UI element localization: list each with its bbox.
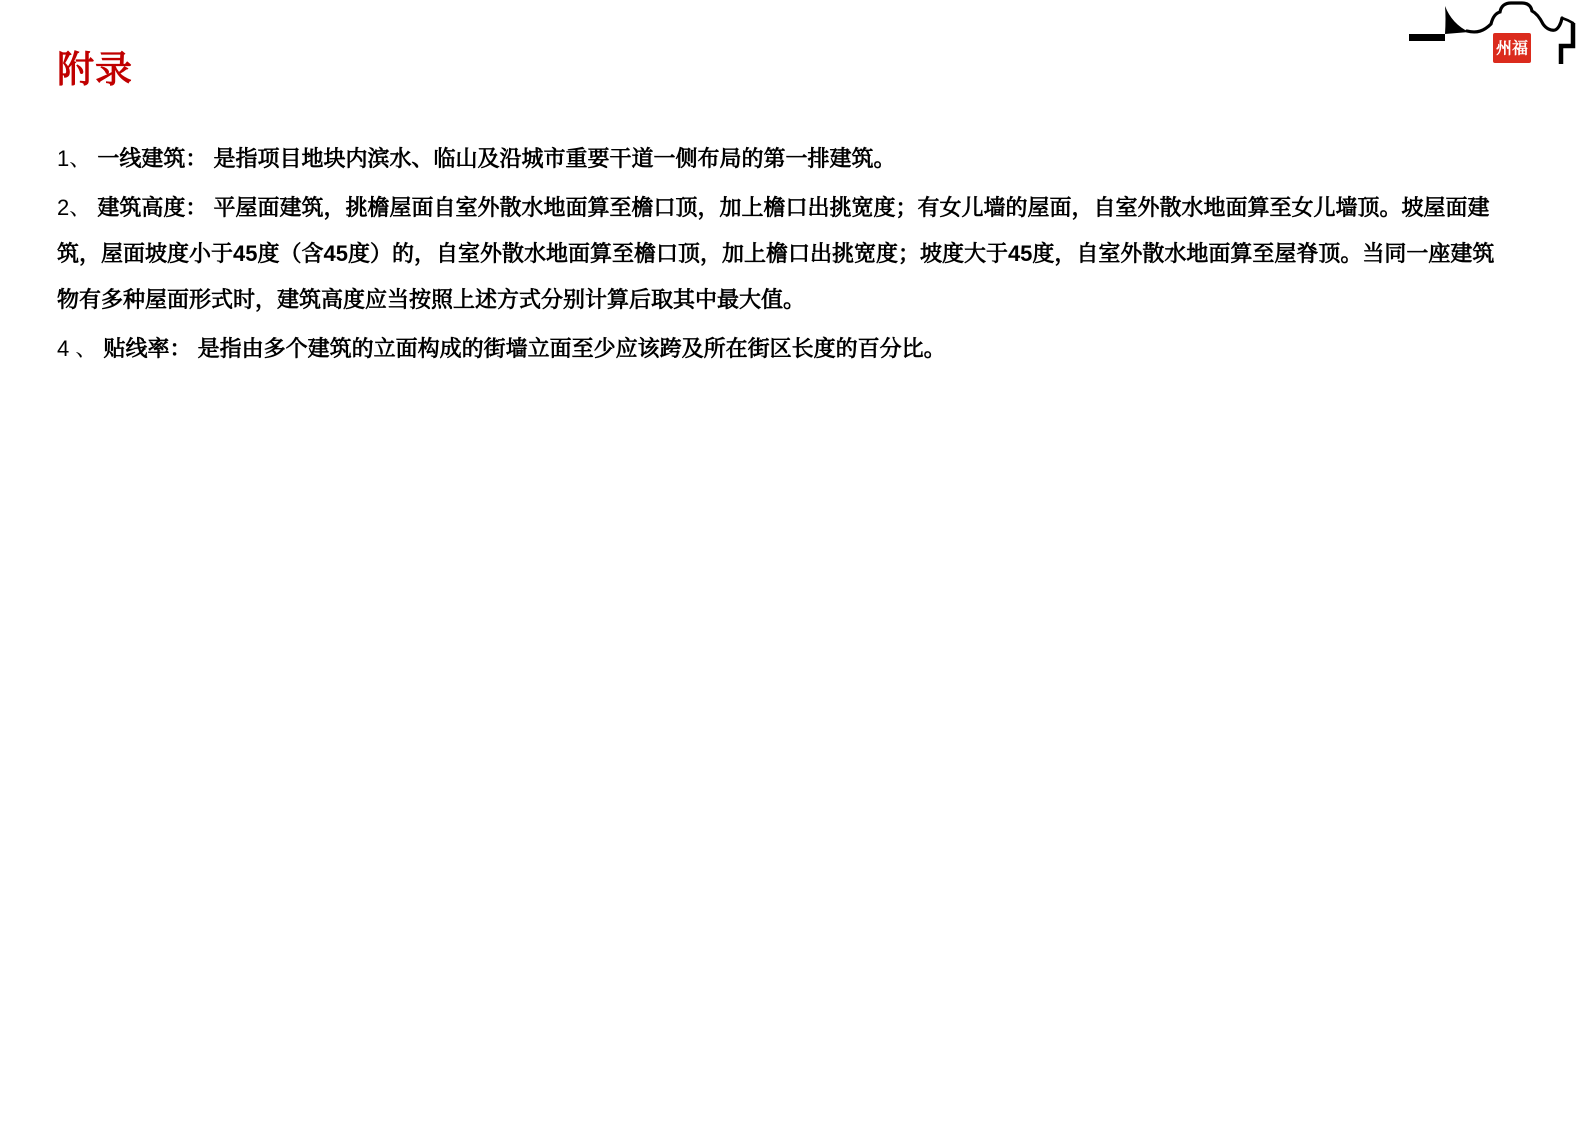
item-definition: 是指由多个建筑的立面构成的街墙立面至少应该跨及所在街区长度的百分比。 (198, 336, 946, 361)
logo-left-step (1409, 34, 1445, 41)
appendix-item-2: 2、 建筑高度： 平屋面建筑，挑檐屋面自室外散水地面算至檐口顶，加上檐口出挑宽度… (57, 185, 1505, 323)
appendix-item-1: 1、 一线建筑： 是指项目地块内滨水、临山及沿城市重要干道一侧布局的第一排建筑。 (57, 136, 1505, 182)
logo-right-step (1561, 23, 1573, 64)
item-number: 4 、 (57, 336, 97, 361)
appendix-item-4: 4 、 贴线率： 是指由多个建筑的立面构成的街墙立面至少应该跨及所在街区长度的百… (57, 326, 1505, 372)
item-number: 1、 (57, 146, 91, 171)
item-number: 2、 (57, 195, 91, 220)
logo-right-eave (1562, 18, 1573, 23)
appendix-page: 州福 附录 1、 一线建筑： 是指项目地块内滨水、临山及沿城市重要干道一侧布局的… (0, 0, 1587, 1122)
page-title: 附录 (57, 48, 133, 92)
logo-roofline (1467, 3, 1562, 32)
appendix-content: 1、 一线建筑： 是指项目地块内滨水、临山及沿城市重要干道一侧布局的第一排建筑。… (57, 136, 1505, 375)
logo-seal-text: 州福 (1496, 39, 1528, 58)
fuzhou-roofline-logo-icon: 州福 (1405, 0, 1580, 70)
item-term: 贴线率： (103, 336, 191, 361)
item-term: 一线建筑： (97, 146, 207, 171)
item-definition: 是指项目地块内滨水、临山及沿城市重要干道一侧布局的第一排建筑。 (214, 146, 896, 171)
item-term: 建筑高度： (97, 195, 207, 220)
item-definition: 平屋面建筑，挑檐屋面自室外散水地面算至檐口顶，加上檐口出挑宽度；有女儿墙的屋面，… (57, 195, 1494, 312)
logo-left-eave (1445, 6, 1469, 34)
